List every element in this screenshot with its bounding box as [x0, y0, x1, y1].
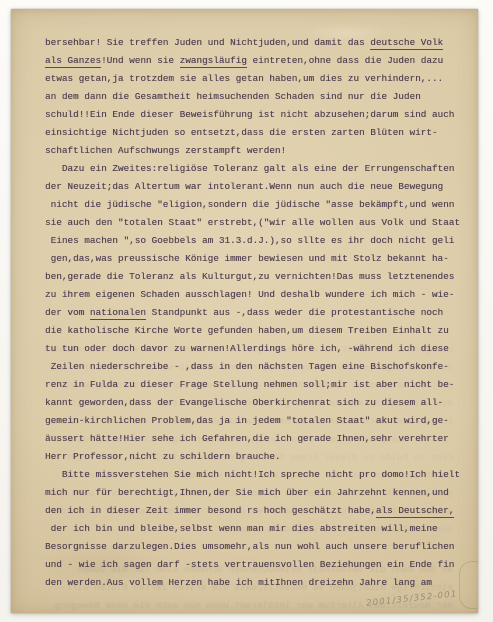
text-line: Besorgnisse darzulegen.Dies umsomehr,als… [45, 538, 460, 556]
embossed-corner-mark [459, 561, 478, 609]
text-line: zu ihrem eigenen Schaden ausschlagen! Un… [45, 286, 460, 304]
text-line: an dem dann die Gesamtheit heimsuchenden… [45, 88, 460, 106]
text-line: die katholische Kirche Worte gefunden ha… [45, 322, 460, 340]
text-line: einsichtige Nichtjuden so entsetzt,dass … [45, 124, 460, 142]
text-line: sie auch den "totalen Staat" erstrebt,("… [45, 214, 460, 232]
text-line: kannt geworden,dass der Evangelische Obe… [45, 394, 460, 412]
underlined-phrase: als Ganzes [45, 55, 101, 68]
text-line: der vom nationalen Standpunkt aus -,dass… [45, 304, 460, 322]
text-line: den werden.Aus vollem Herzen habe ich mi… [45, 574, 460, 592]
underlined-phrase: deutsche Volk [370, 37, 443, 50]
text-line: als Ganzes!Und wenn sie zwangsläufig ein… [45, 52, 460, 70]
text-line: äussert hätte!Hier sehe ich Gefahren,die… [45, 430, 460, 448]
typewritten-paper: ben,gerade die Toleranz als Kulturgut,zu… [11, 9, 478, 613]
underlined-phrase: zwangsläufig [180, 55, 247, 68]
text-line: Dazu ein Zweites:religiöse Toleranz galt… [45, 160, 460, 178]
scanned-letter-page: ben,gerade die Toleranz als Kulturgut,zu… [0, 0, 493, 622]
text-line: der Neuzeit;das Altertum war intolerant.… [45, 178, 460, 196]
text-line: Bitte missverstehen Sie mich nicht!Ich s… [45, 466, 460, 484]
text-line: renz in Fulda zu dieser Frage Stellung n… [45, 376, 460, 394]
text-line: etwas getan,ja trotzdem sie alles getan … [45, 70, 460, 88]
text-line: und - wie ich sagen darf -stets vertraue… [45, 556, 460, 574]
underlined-phrase: als Deutscher, [376, 505, 455, 518]
text-line: den ich in dieser Zeit immer besond rs h… [45, 502, 460, 520]
text-line: gen,das,was preussische Könige immer bew… [45, 250, 460, 268]
text-line: Eines machen ",so Goebbels am 31.3.d.J.)… [45, 232, 460, 250]
text-line: ben,gerade die Toleranz als Kulturgut,zu… [45, 268, 460, 286]
text-line: gemein-kirchlichen Problem,das ja in jed… [45, 412, 460, 430]
text-line: nicht die jüdische "eligion,sondern die … [45, 196, 460, 214]
text-line: der ich bin und bleibe,selbst wenn man m… [45, 520, 460, 538]
text-line: bersehbar! Sie treffen Juden und Nichtju… [45, 34, 460, 52]
archival-number: 2001/35/352-001 [366, 589, 458, 609]
text-line: Herr Professor,nicht zu schildern brauch… [45, 448, 460, 466]
text-line: schaftlichen Aufschwungs zerstampft werd… [45, 142, 460, 160]
text-line: Zeilen niederschreibe - ,dass in den näc… [45, 358, 460, 376]
letter-body-text: bersehbar! Sie treffen Juden und Nichtju… [45, 34, 460, 592]
text-line: tu tun oder doch davor zu warnen!Allerdi… [45, 340, 460, 358]
text-line: mich nur für berechtigt,Ihnen,der Sie mi… [45, 484, 460, 502]
text-line: schuld!!Ein Ende dieser Beweisführung is… [45, 106, 460, 124]
underlined-phrase: nationalen [90, 307, 146, 320]
